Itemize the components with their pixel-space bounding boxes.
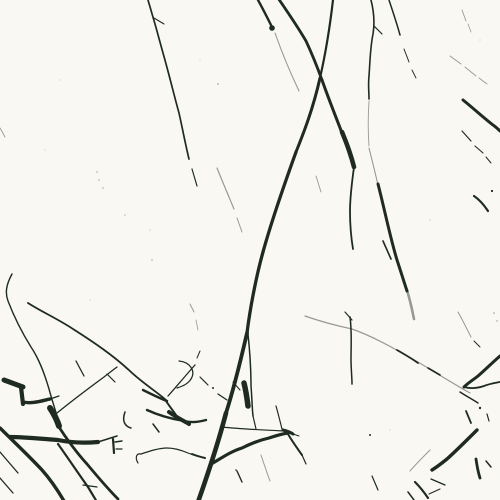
- marble-speck: [124, 214, 125, 215]
- marble-vein: [322, 80, 342, 133]
- marble-vein: [458, 312, 471, 337]
- marble-vein: [432, 430, 477, 470]
- marble-vein: [479, 78, 487, 84]
- marble-speck: [496, 320, 497, 321]
- marble-vein: [57, 367, 117, 413]
- marble-vein: [28, 303, 166, 400]
- marble-vein: [487, 414, 489, 421]
- marble-vein: [474, 341, 480, 347]
- marble-vein: [218, 394, 227, 400]
- marble-vein: [253, 416, 256, 429]
- marble-vein: [486, 157, 491, 163]
- marble-vein: [415, 482, 428, 498]
- marble-vein: [465, 67, 476, 76]
- marble-vein: [468, 24, 471, 32]
- marble-vein: [244, 383, 248, 406]
- marble-vein: [115, 441, 122, 442]
- marble-vein: [302, 455, 306, 464]
- marble-speck: [149, 229, 151, 231]
- marble-vein: [429, 489, 440, 494]
- marble-vein: [153, 424, 159, 432]
- marble-vein: [486, 461, 491, 467]
- marble-vein: [192, 454, 205, 458]
- marble-vein: [369, 148, 378, 185]
- marble-speck: [59, 79, 61, 81]
- marble-speck: [479, 39, 481, 41]
- marble-vein: [389, 0, 400, 35]
- marble-speck: [479, 407, 481, 409]
- marble-vein: [0, 452, 18, 473]
- marble-speck: [369, 434, 371, 436]
- marble-vein: [474, 196, 488, 211]
- marble-speck: [96, 171, 97, 172]
- marble-vein: [462, 10, 466, 21]
- marble-vein: [428, 368, 440, 375]
- marble-speck: [212, 387, 214, 389]
- marble-vein: [476, 459, 480, 478]
- marble-vein: [342, 132, 354, 167]
- marble-vein: [450, 56, 461, 64]
- marble-vein: [213, 433, 288, 463]
- marble-vein: [463, 100, 500, 131]
- marble-vein: [6, 274, 57, 416]
- marble-vein: [407, 290, 414, 319]
- marble-vein: [107, 374, 115, 382]
- marble-vein: [383, 241, 391, 259]
- marble-vein: [276, 406, 282, 429]
- marble-vein: [275, 33, 299, 91]
- marble-vein: [247, 152, 296, 333]
- marble-vein: [196, 320, 198, 330]
- marble-vein: [475, 146, 483, 153]
- marble-vein: [296, 78, 320, 152]
- marble-vein: [462, 131, 471, 141]
- marble-speck: [389, 429, 391, 431]
- marble-vein: [278, 0, 322, 80]
- marble-vein: [378, 184, 407, 291]
- marble-vein: [76, 361, 84, 376]
- marble-speck: [235, 469, 237, 471]
- marble-vein: [345, 312, 352, 320]
- marble-vein: [23, 399, 50, 403]
- marble-vein: [404, 49, 409, 62]
- marble-vein: [350, 167, 354, 249]
- marble-vein: [412, 70, 416, 78]
- marble-vein: [124, 412, 131, 428]
- marble-vein: [288, 434, 302, 455]
- marble-vein: [0, 478, 13, 493]
- marble-vein: [83, 485, 97, 487]
- marble-vein: [200, 377, 208, 385]
- marble-vein: [369, 0, 374, 99]
- marble-vein: [192, 169, 197, 186]
- marble-vein: [226, 333, 247, 413]
- marble-vein: [168, 365, 195, 396]
- marble-vein: [305, 316, 470, 393]
- marble-vein: [397, 350, 418, 363]
- marble-speck: [102, 187, 103, 188]
- marble-speck: [491, 190, 493, 192]
- marble-vein: [237, 218, 242, 232]
- marble-speck: [217, 83, 219, 85]
- marble-vein: [237, 471, 242, 482]
- marble-vein: [258, 0, 273, 29]
- marble-vein: [217, 168, 234, 209]
- marble-vein: [0, 128, 5, 137]
- marble-vein: [316, 176, 321, 192]
- marble-speck: [89, 299, 91, 301]
- marble-texture-image: [0, 0, 500, 500]
- marble-vein: [460, 392, 478, 403]
- marble-speck: [44, 149, 46, 151]
- marble-vein: [148, 0, 189, 159]
- marble-vein: [10, 437, 98, 443]
- marble-vein: [197, 351, 200, 358]
- marble-vein: [410, 450, 430, 471]
- marble-speck: [269, 25, 275, 31]
- marble-vein: [190, 304, 194, 312]
- vein-strokes-group: [0, 0, 500, 500]
- marble-speck: [98, 179, 99, 180]
- marble-vein: [261, 455, 270, 481]
- marble-vein: [431, 479, 445, 485]
- marble-vein: [350, 317, 352, 384]
- marble-vein: [374, 26, 382, 34]
- marble-speck: [199, 59, 201, 61]
- marble-vein: [320, 0, 333, 78]
- marble-vein: [368, 101, 369, 146]
- marble-speck: [429, 219, 431, 221]
- marble-vein: [372, 476, 378, 490]
- marble-vein: [113, 439, 114, 453]
- marble-tile-photo: [0, 0, 500, 500]
- marble-vein: [466, 411, 471, 423]
- marble-vein: [222, 427, 284, 431]
- marble-vein: [408, 492, 414, 500]
- marble-speck: [493, 312, 495, 314]
- marble-speck: [151, 259, 152, 260]
